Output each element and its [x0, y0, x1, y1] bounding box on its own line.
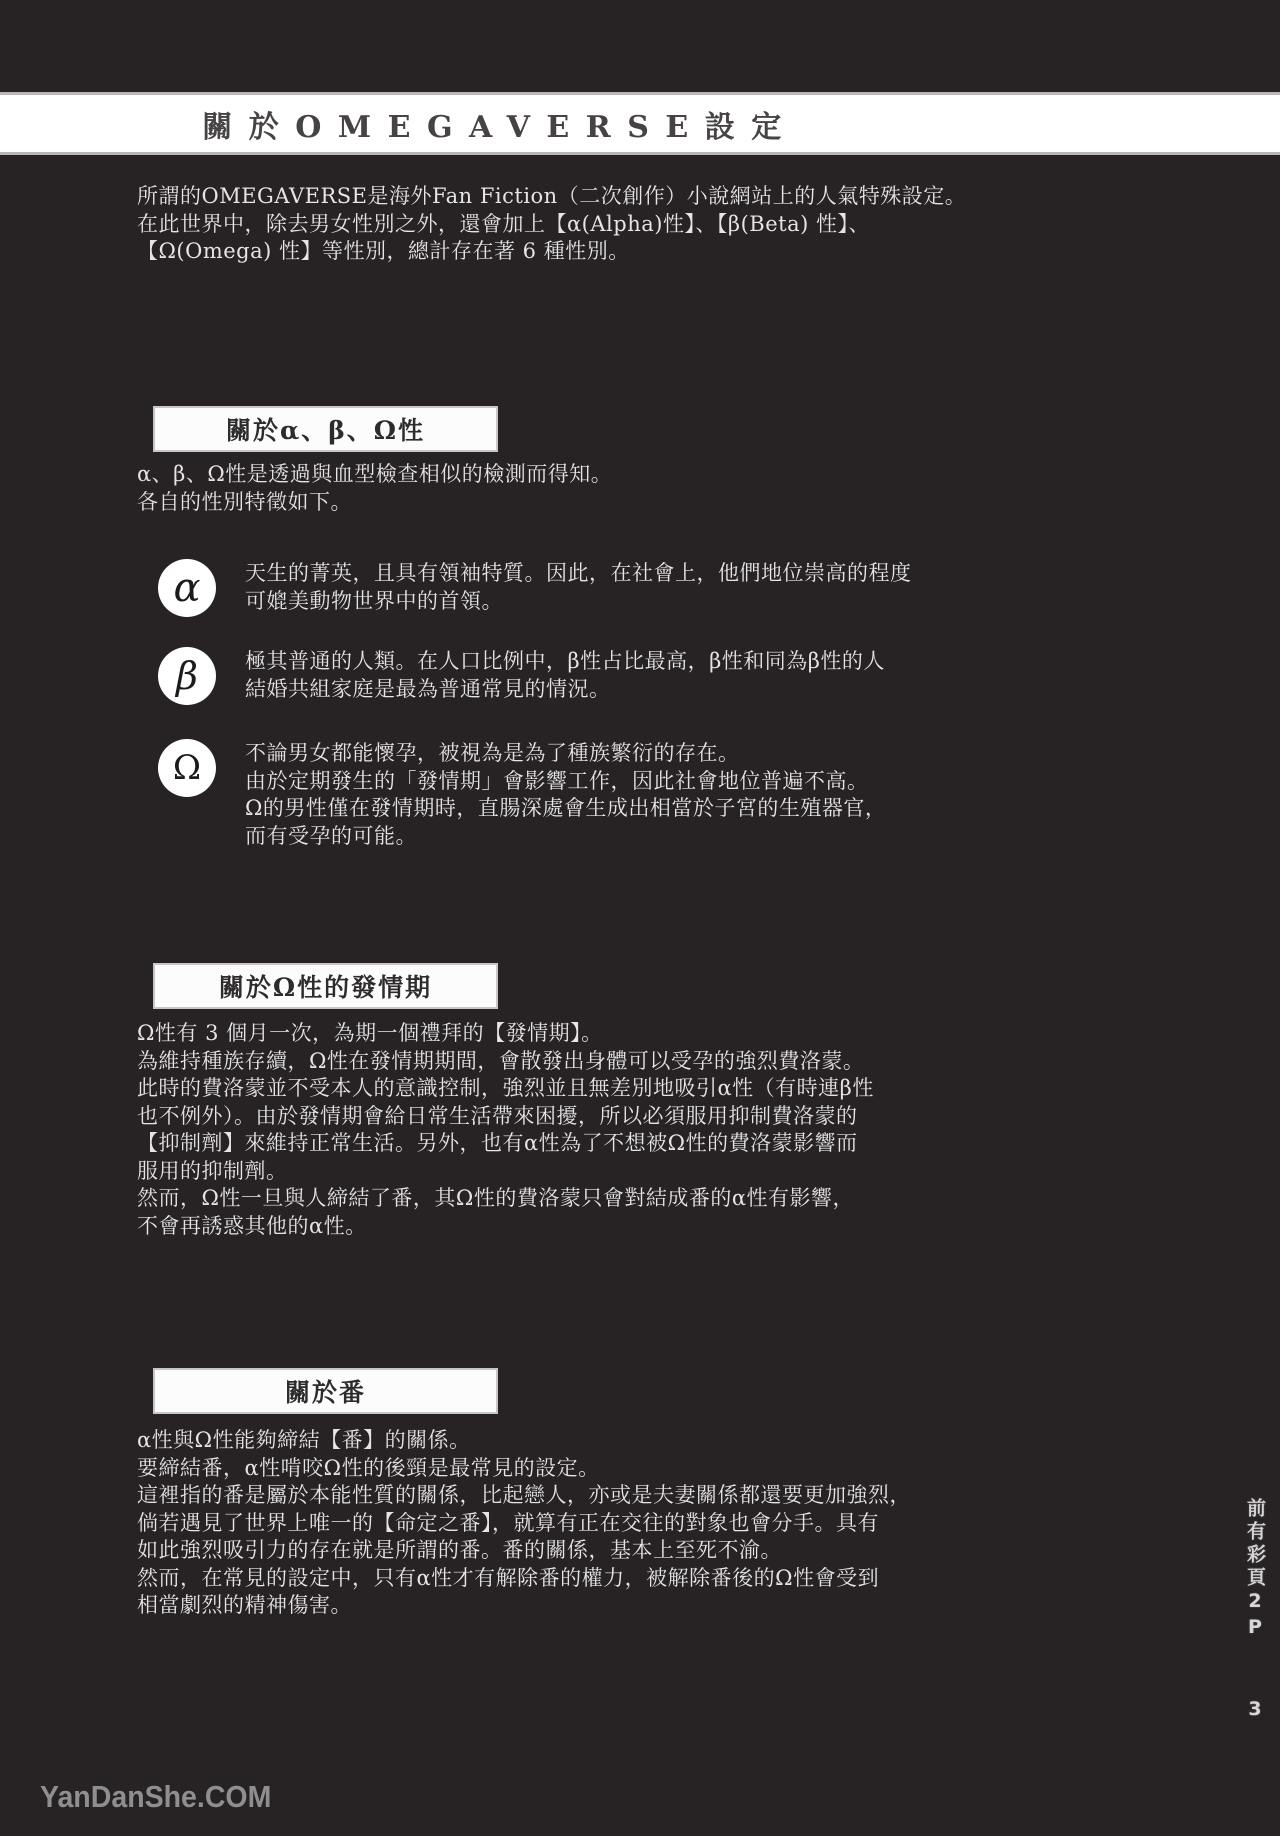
bond-paragraph: α性與Ω性能夠締結【番】的關係。 要締結番，α性啃咬Ω性的後頸是最常見的設定。 …: [137, 1427, 911, 1620]
intro-paragraph: 所謂的OMEGAVERSE是海外Fan Fiction（二次創作）小說網站上的人…: [137, 183, 966, 266]
page-title: 關於OMEGAVERSE設定: [0, 102, 1000, 146]
section-heading-heat-label: 關於Ω性的發情期: [219, 968, 432, 1004]
side-note: 前有彩頁2P 3: [1242, 1498, 1269, 1724]
watermark: YanDanShe.COM: [40, 1779, 271, 1815]
beta-icon: β: [158, 647, 216, 705]
omega-icon: Ω: [158, 739, 216, 797]
section-heading-abo-label: 關於α、β、Ω性: [226, 411, 425, 447]
beta-description: 極其普通的人類。在人口比例中，β性占比最高，β性和同為β性的人 結婚共組家庭是最…: [245, 648, 885, 703]
section-heading-bond: 關於番: [153, 1368, 498, 1414]
beta-symbol: β: [176, 654, 198, 698]
side-note-text: 前有彩頁2P: [1244, 1498, 1266, 1642]
alpha-symbol: α: [173, 565, 200, 611]
heat-paragraph: Ω性有 3 個月一次，為期一個禮拜的【發情期】。 為維持種族存續，Ω性在發情期期…: [137, 1020, 874, 1240]
abo-intro-text: α、β、Ω性是透過與血型檢查相似的檢測而得知。 各自的性別特徵如下。: [137, 461, 612, 516]
page-number: 3: [1244, 1698, 1266, 1724]
omega-description: 不論男女都能懷孕，被視為是為了種族繁衍的存在。 由於定期發生的「發情期」會影響工…: [245, 740, 886, 850]
section-heading-abo: 關於α、β、Ω性: [153, 406, 498, 452]
section-heading-heat: 關於Ω性的發情期: [153, 963, 498, 1009]
manga-info-page: 關於OMEGAVERSE設定 所謂的OMEGAVERSE是海外Fan Ficti…: [0, 0, 1280, 1836]
alpha-description: 天生的菁英，且具有領袖特質。因此，在社會上，他們地位崇高的程度 可媲美動物世界中…: [245, 560, 912, 615]
alpha-icon: α: [158, 559, 216, 617]
omega-symbol: Ω: [173, 748, 201, 788]
section-heading-bond-label: 關於番: [285, 1373, 366, 1409]
title-band: 關於OMEGAVERSE設定: [0, 92, 1280, 155]
